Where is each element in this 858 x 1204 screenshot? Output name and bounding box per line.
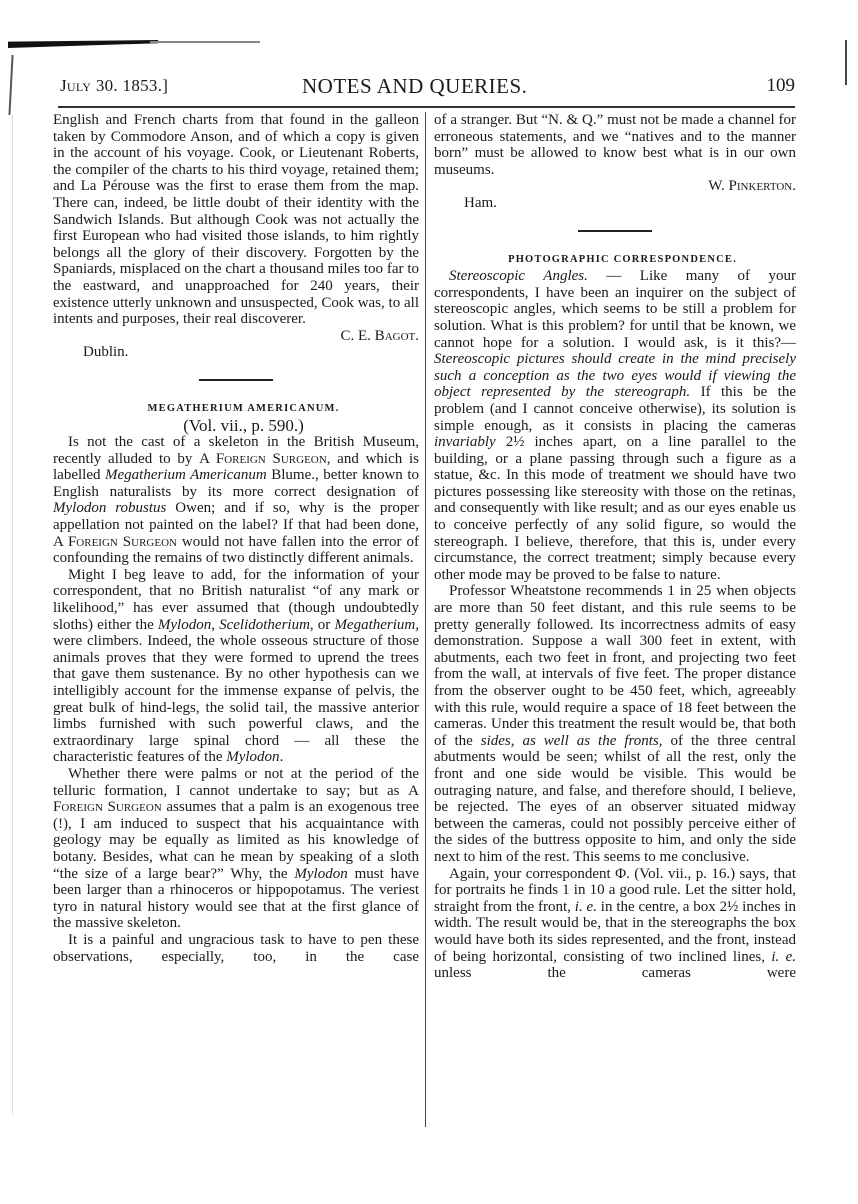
paragraph: Again, your correspondent Φ. (Vol. vii.,… (434, 866, 796, 982)
article-reference: (Vol. vii., p. 590.) (53, 418, 419, 435)
column-divider (425, 112, 426, 1127)
right-column: of a stranger. But “N. & Q.” must not be… (434, 112, 796, 982)
continued-paragraph: English and French charts from that foun… (53, 112, 419, 328)
signature: C. E. Bagot. (53, 328, 419, 345)
paragraph: Might I beg leave to add, for the inform… (53, 567, 419, 766)
signature: W. Pinkerton. (434, 178, 796, 195)
header-date: July 30. 1853.] (60, 76, 168, 96)
place-line: Ham. (434, 195, 796, 212)
paragraph: It is a painful and ungracious task to h… (53, 932, 419, 965)
page-edge-line (150, 41, 260, 43)
page-edge-left (8, 55, 13, 115)
paragraph: Whether there were palms or not at the p… (53, 766, 419, 932)
section-separator (578, 230, 652, 232)
journal-title: NOTES AND QUERIES. (302, 74, 527, 99)
page-number: 109 (767, 75, 796, 97)
paragraph: Is not the cast of a skeleton in the Bri… (53, 434, 419, 567)
page-edge-right (845, 40, 847, 85)
page-edge-shadow (8, 40, 158, 48)
paragraph: Stereoscopic Angles. — Like many of your… (434, 268, 796, 583)
continued-paragraph: of a stranger. But “N. & Q.” must not be… (434, 112, 796, 178)
header-rule (58, 106, 795, 108)
paragraph: Professor Wheatstone recommends 1 in 25 … (434, 583, 796, 865)
running-header: July 30. 1853.] NOTES AND QUERIES. 109 (60, 74, 795, 100)
left-column: English and French charts from that foun… (53, 112, 419, 965)
place-line: Dublin. (53, 344, 419, 361)
section-separator (199, 379, 273, 381)
article-title: MEGATHERIUM AMERICANUM. (53, 401, 419, 418)
page-edge-left-faint (12, 115, 13, 1115)
article-title: PHOTOGRAPHIC CORRESPONDENCE. (434, 252, 796, 269)
